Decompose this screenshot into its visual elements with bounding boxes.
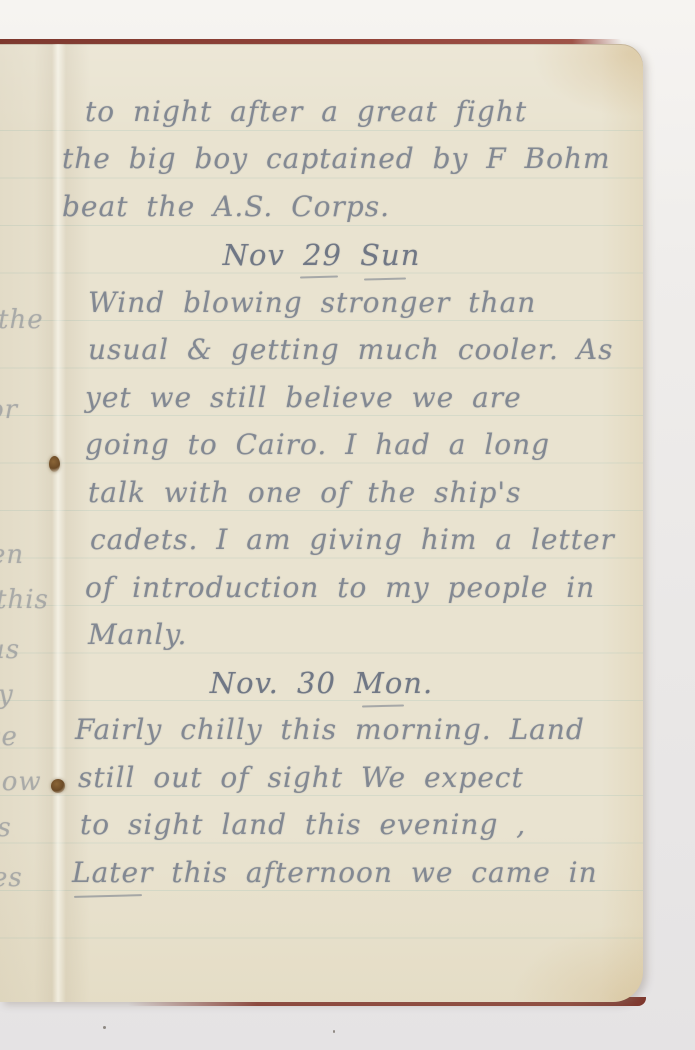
diary-line: still out of sight We expect: [78, 761, 524, 794]
diary-photograph: the or en this us y ce now is es to nigh…: [0, 0, 695, 1050]
diary-line: of introduction to my people in: [85, 571, 595, 604]
left-page-fragment: or: [0, 395, 18, 425]
stitch-hole: [49, 456, 60, 472]
diary-line: yet we still believe we are: [85, 381, 522, 414]
diary-line: beat the A.S. Corps.: [62, 190, 390, 223]
diary-line: Later this afternoon we came in: [72, 856, 598, 889]
left-page-fragment: the: [0, 305, 44, 335]
dust-speck: [103, 1026, 106, 1029]
left-page-fragment: now: [0, 767, 42, 797]
diary-line: cadets. I am giving him a letter: [90, 523, 615, 556]
underline-mark: [362, 704, 404, 707]
diary-line: going to Cairo. I had a long: [85, 428, 550, 461]
diary-line: talk with one of the ship's: [88, 476, 521, 509]
diary-date-heading: Nov 29 Sun: [0, 238, 643, 272]
stitch-hole: [51, 779, 65, 793]
dust-speck: [333, 1030, 335, 1033]
left-page-fragment: us: [0, 635, 20, 665]
left-page-fragment: this: [0, 585, 49, 615]
underline-mark: [364, 277, 406, 280]
diary-line: Fairly chilly this morning. Land: [75, 713, 585, 746]
left-page-fragment: is: [0, 813, 12, 843]
diary-line: Manly.: [88, 618, 187, 651]
diary-line: to sight land this evening ,: [80, 808, 526, 841]
left-page-fragment: ce: [0, 722, 18, 752]
left-page-fragment: es: [0, 863, 23, 893]
left-page-fragment: en: [0, 540, 24, 570]
diary-line: Wind blowing stronger than: [88, 286, 536, 319]
diary-line: usual & getting much cooler. As: [88, 333, 613, 366]
diary-date-heading: Nov. 30 Mon.: [0, 666, 643, 700]
diary-line: the big boy captained by F Bohm: [62, 142, 611, 175]
underline-mark: [300, 276, 338, 279]
diary-line: to night after a great fight: [85, 95, 527, 128]
notebook-page: the or en this us y ce now is es to nigh…: [0, 44, 643, 1002]
underline-mark: [74, 894, 142, 898]
